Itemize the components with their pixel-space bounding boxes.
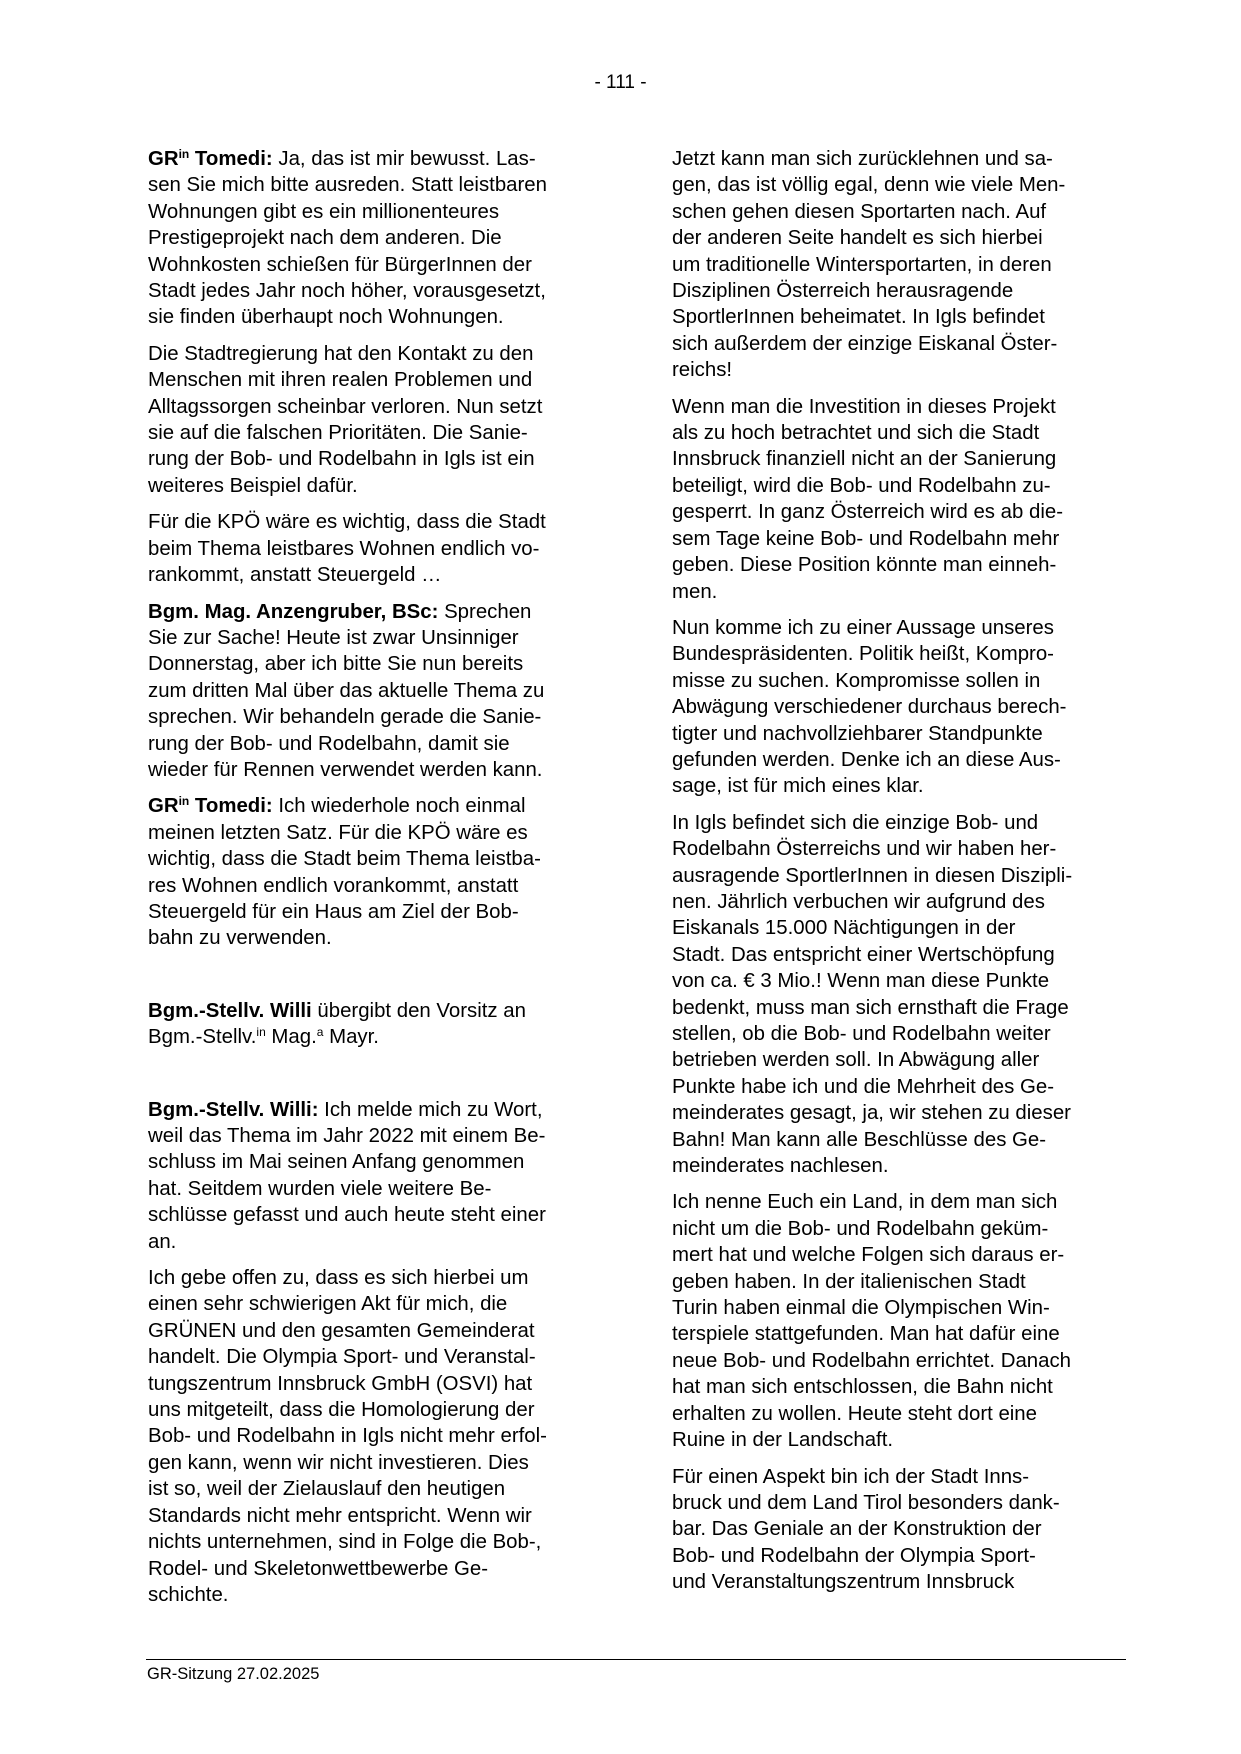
paragraph: In Igls befindet sich die einzige Bob- u… — [672, 810, 1142, 1180]
paragraph: Ich nenne Euch ein Land, in dem man sich… — [672, 1189, 1142, 1453]
speech-willi: Bgm.-Stellv. Willi: Ich melde mich zu Wo… — [148, 1097, 618, 1255]
speaker-name: Bgm.-Stellv. Willi: — [148, 1099, 319, 1121]
speech-tomedi-1: GRin Tomedi: Ja, das ist mir bewusst. La… — [148, 146, 618, 331]
spacer — [148, 962, 618, 998]
paragraph: Ich gebe offen zu, dass es sich hierbei … — [148, 1265, 618, 1608]
speech-anzengruber: Bgm. Mag. Anzengruber, BSc: Sprechen Sie… — [148, 599, 618, 784]
speaker-name: Bgm. Mag. Anzengruber, BSc: — [148, 601, 438, 623]
left-column: GRin Tomedi: Ja, das ist mir bewusst. La… — [148, 146, 618, 1618]
spacer — [148, 1061, 618, 1097]
paragraph: Jetzt kann man sich zurücklehnen und sa-… — [672, 146, 1142, 384]
right-column: Jetzt kann man sich zurücklehnen und sa-… — [672, 146, 1142, 1606]
footer-divider — [146, 1659, 1126, 1660]
paragraph: Wenn man die Investition in dieses Proje… — [672, 394, 1142, 605]
paragraph: Für einen Aspekt bin ich der Stadt Inns-… — [672, 1464, 1142, 1596]
paragraph: Für die KPÖ wäre es wichtig, dass die St… — [148, 509, 618, 588]
paragraph: Nun komme ich zu einer Aussage unseres B… — [672, 615, 1142, 800]
chair-handover-note: Bgm.-Stellv. Willi übergibt den Vorsitz … — [148, 998, 618, 1051]
page-number: - 111 - — [0, 72, 1241, 94]
speaker-name: Bgm.-Stellv. Willi — [148, 1000, 312, 1022]
paragraph: Die Stadtregierung hat den Kontakt zu de… — [148, 341, 618, 499]
footer-session-date: GR-Sitzung 27.02.2025 — [147, 1665, 319, 1684]
speaker-name: GRin Tomedi: — [148, 148, 273, 170]
speech-tomedi-2: GRin Tomedi: Ich wiederhole noch einmal … — [148, 793, 618, 951]
speaker-name: GRin Tomedi: — [148, 795, 273, 817]
